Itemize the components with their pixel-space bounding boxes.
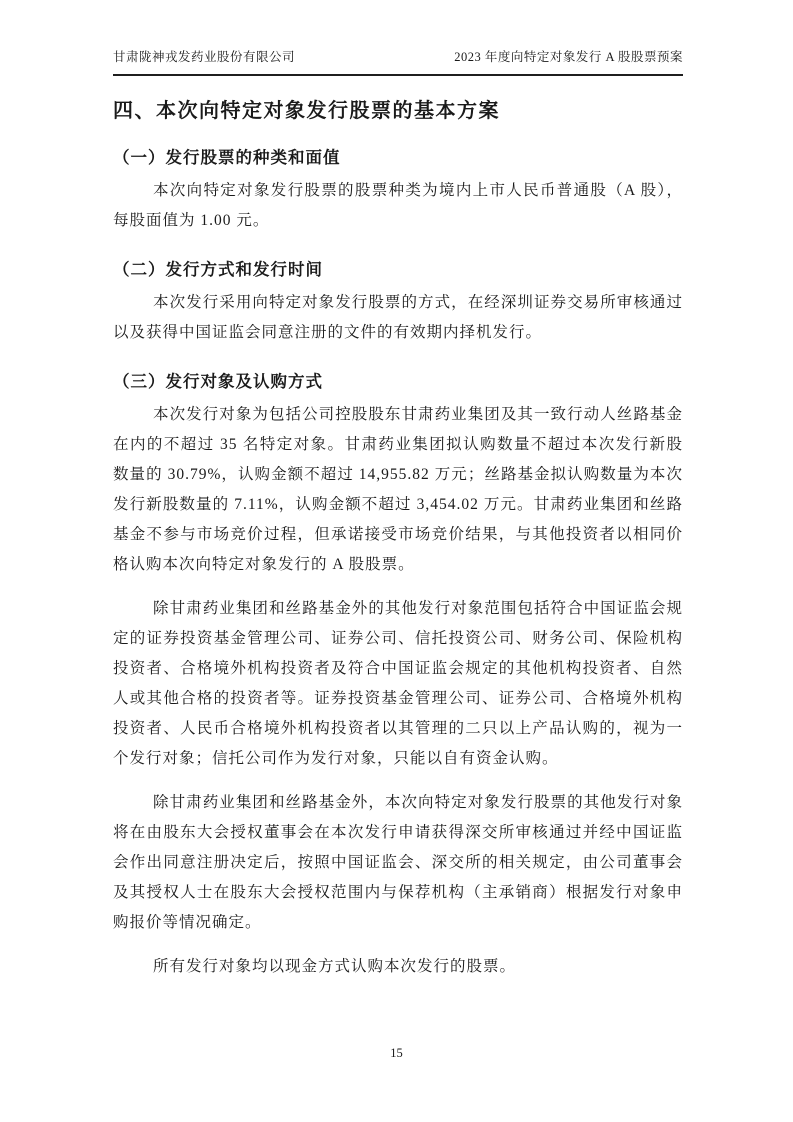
section-3-paragraph-1: 本次发行对象为包括公司控股股东甘肃药业集团及其一致行动人丝路基金在内的不超过 3… — [113, 400, 683, 580]
section-2-paragraph-1: 本次发行采用向特定对象发行股票的方式，在经深圳证券交易所审核通过以及获得中国证监… — [113, 288, 683, 348]
section-1-paragraph-1: 本次向特定对象发行股票的股票种类为境内上市人民币普通股（A 股），每股面值为 1… — [113, 176, 683, 236]
section-3-paragraph-2: 除甘肃药业集团和丝路基金外的其他发行对象范围包括符合中国证监会规定的证券投资基金… — [113, 594, 683, 774]
header-company-name: 甘肃陇神戎发药业股份有限公司 — [113, 50, 295, 65]
section-3-paragraph-4: 所有发行对象均以现金方式认购本次发行的股票。 — [113, 952, 683, 982]
section-title-1: （一）发行股票的种类和面值 — [113, 148, 683, 168]
page-header: 甘肃陇神戎发药业股份有限公司 2023 年度向特定对象发行 A 股股票预案 — [113, 50, 683, 76]
document-page: 甘肃陇神戎发药业股份有限公司 2023 年度向特定对象发行 A 股股票预案 四、… — [0, 0, 793, 1122]
section-title-3: （三）发行对象及认购方式 — [113, 372, 683, 392]
page-number: 15 — [0, 1046, 793, 1061]
header-doc-title: 2023 年度向特定对象发行 A 股股票预案 — [454, 50, 683, 65]
section-title-2: （二）发行方式和发行时间 — [113, 260, 683, 280]
section-3-paragraph-3: 除甘肃药业集团和丝路基金外，本次向特定对象发行股票的其他发行对象将在由股东大会授… — [113, 788, 683, 938]
main-heading: 四、本次向特定对象发行股票的基本方案 — [113, 98, 683, 124]
